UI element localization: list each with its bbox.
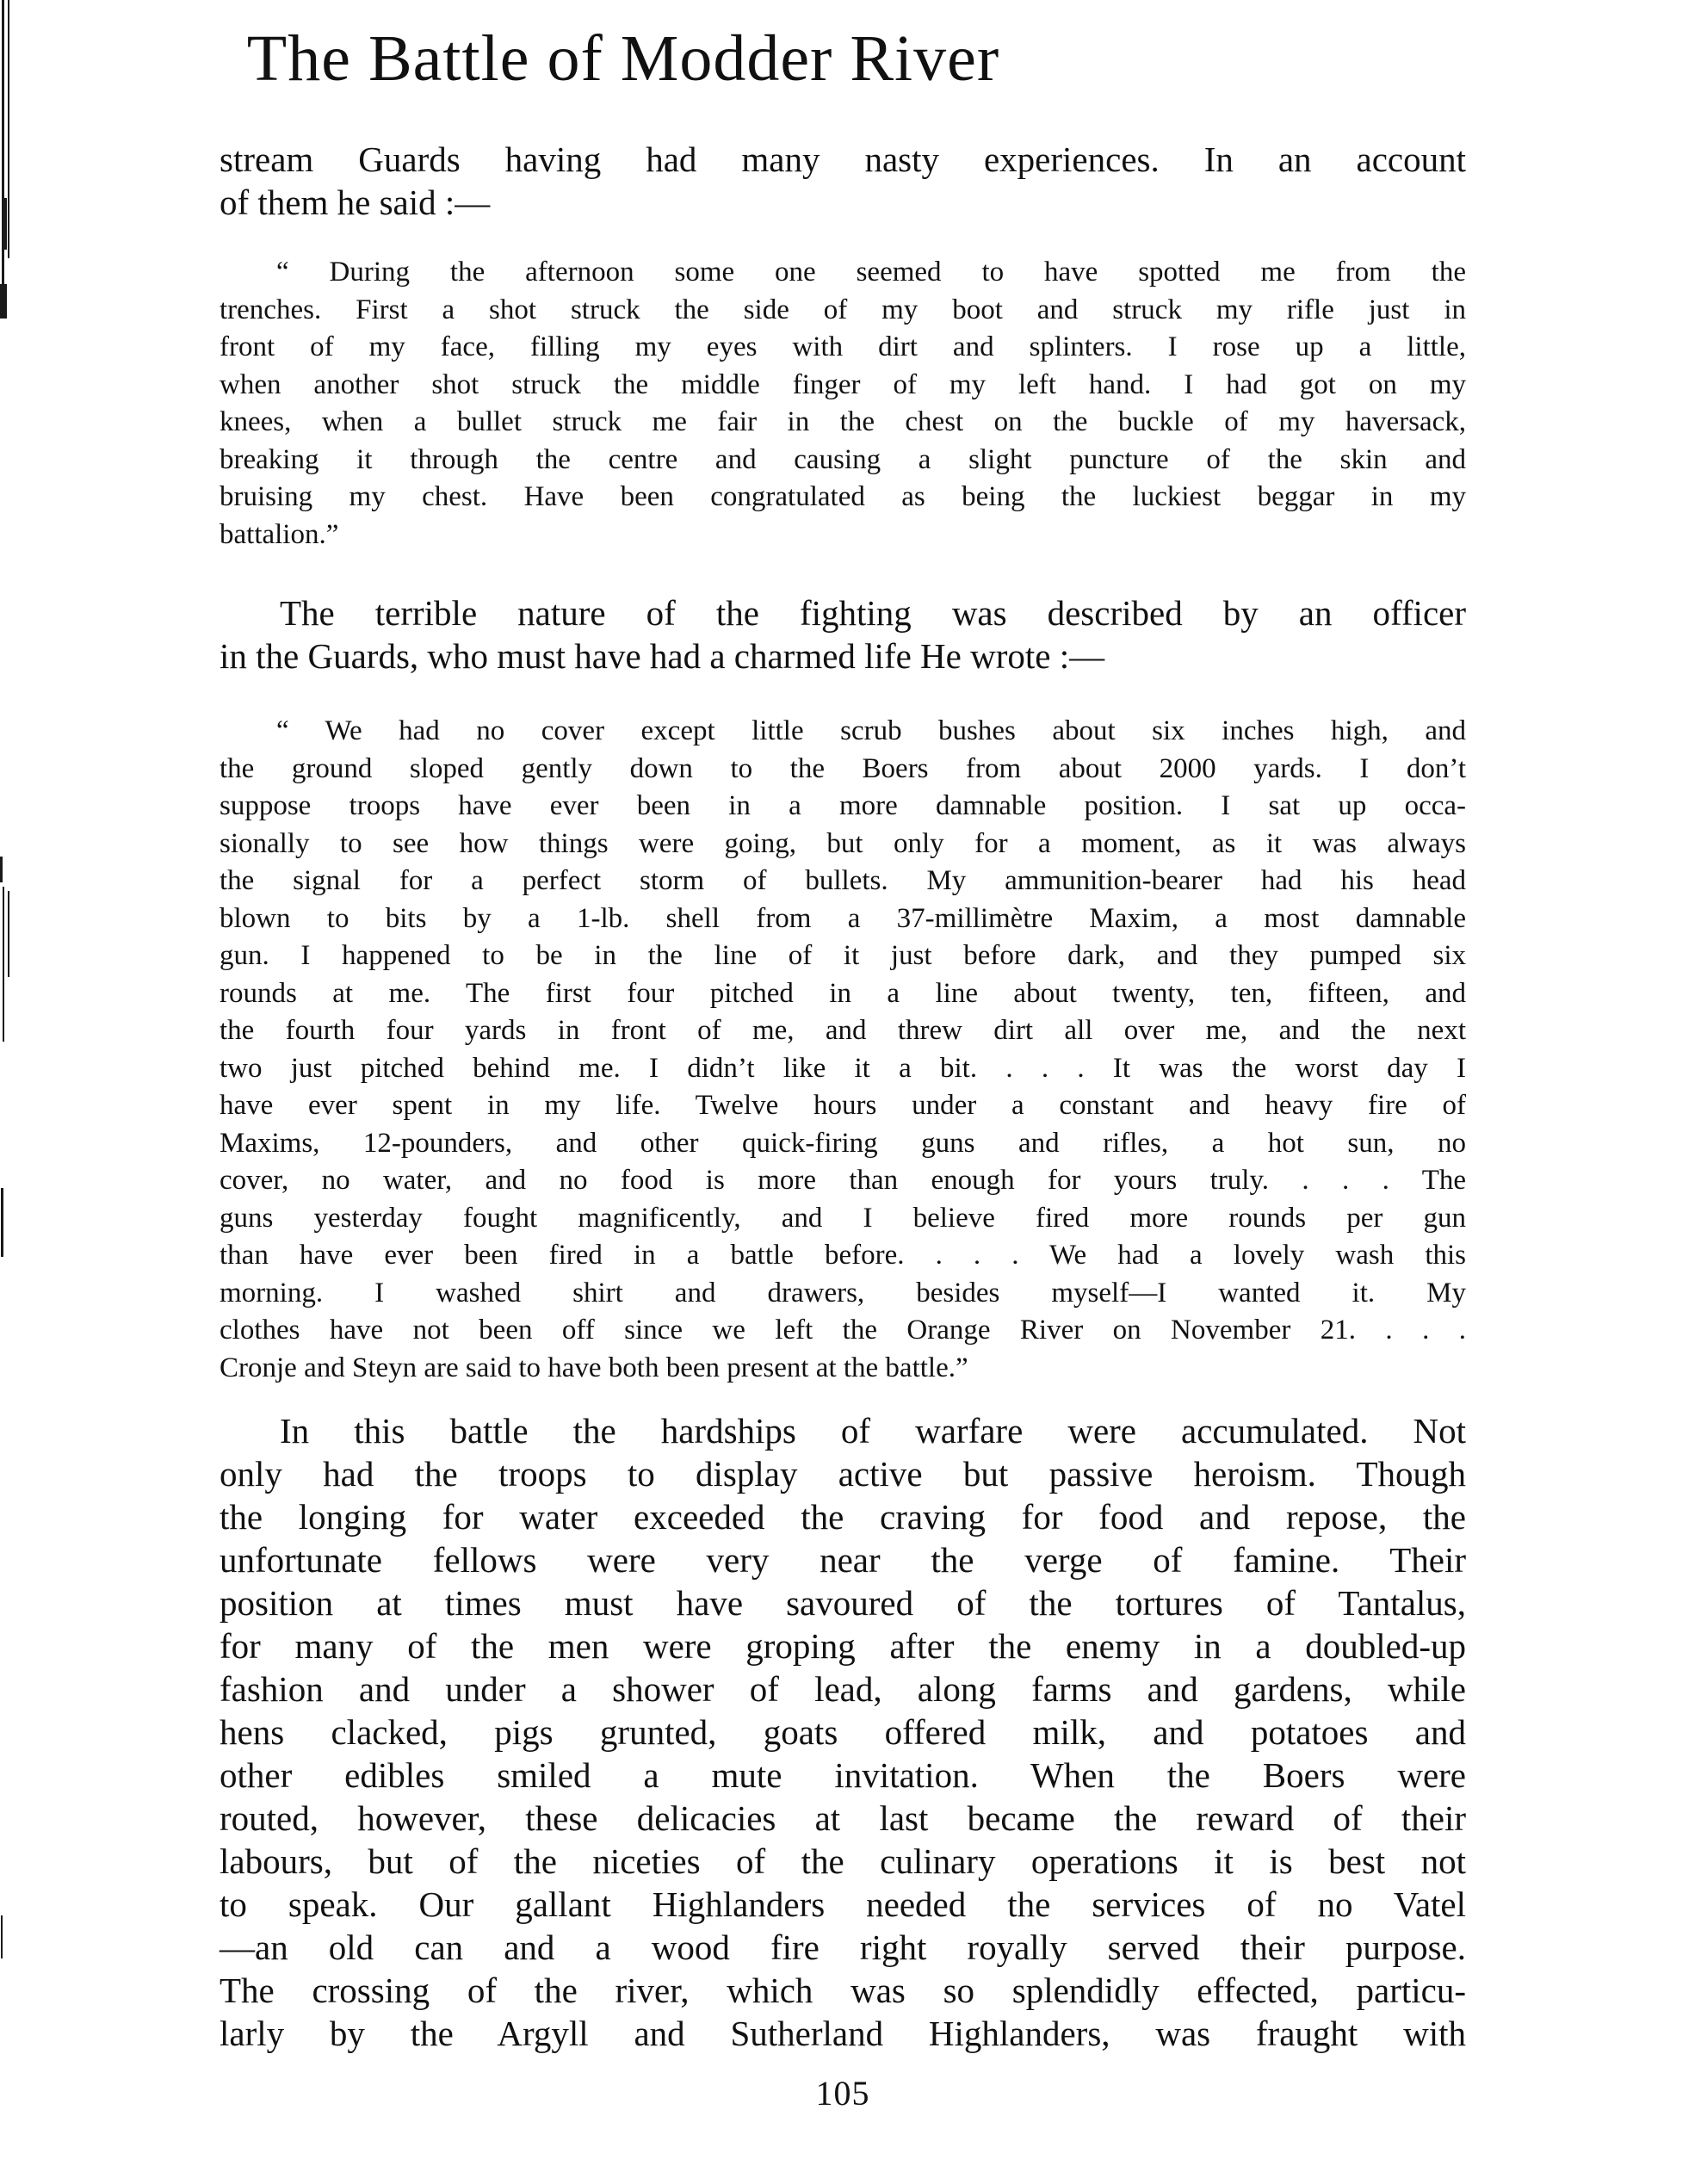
- text-line: position at times must have savoured of …: [220, 1581, 1466, 1624]
- quote-line: the fourth four yards in front of me, an…: [220, 1012, 1466, 1050]
- quote-line: two just pitched behind me. I didn’t lik…: [220, 1050, 1466, 1088]
- text-line: in the Guards, who must have had a charm…: [220, 634, 1466, 677]
- quote-line: have ever spent in my life. Twelve hours…: [220, 1087, 1466, 1125]
- quote-line: front of my face, filling my eyes with d…: [220, 329, 1466, 367]
- quote-line: battalion.”: [220, 517, 1466, 554]
- quote-line: cover, no water, and no food is more tha…: [220, 1162, 1466, 1200]
- text-line: other edibles smiled a mute invitation. …: [220, 1754, 1466, 1797]
- quote-line: “ We had no cover except little scrub bu…: [220, 713, 1466, 751]
- text-line: —an old can and a wood fire right royall…: [220, 1926, 1466, 1969]
- quote-line: Cronje and Steyn are said to have both b…: [220, 1350, 1466, 1388]
- text-line: only had the troops to display active bu…: [220, 1452, 1466, 1495]
- quote-line: clothes have not been off since we left …: [220, 1312, 1466, 1350]
- quote-line: Maxims, 12-pounders, and other quick-fir…: [220, 1125, 1466, 1163]
- text-line: for many of the men were groping after t…: [220, 1624, 1466, 1667]
- text-line: routed, however, these delicacies at las…: [220, 1797, 1466, 1840]
- text-line: stream Guards having had many nasty expe…: [220, 138, 1466, 181]
- quote-line: guns yesterday fought magnificently, and…: [220, 1200, 1466, 1238]
- quote-line: rounds at me. The first four pitched in …: [220, 975, 1466, 1013]
- running-title: The Battle of Modder River: [176, 26, 1070, 91]
- quote-line: trenches. First a shot struck the side o…: [220, 292, 1466, 330]
- scan-edge-artifacts: [0, 0, 19, 2184]
- text-line: of them he said :—: [220, 181, 1466, 224]
- intro-paragraph: stream Guards having had many nasty expe…: [220, 138, 1466, 224]
- quote-line: morning. I washed shirt and drawers, bes…: [220, 1275, 1466, 1313]
- paragraph-officer-intro: The terrible nature of the fighting was …: [220, 591, 1466, 677]
- quote-line: the ground sloped gently down to the Boe…: [220, 751, 1466, 789]
- text-line: In this battle the hardships of warfare …: [220, 1409, 1466, 1452]
- block-quote-officer: “ We had no cover except little scrub bu…: [220, 713, 1466, 1387]
- quote-line: gun. I happened to be in the line of it …: [220, 937, 1466, 975]
- quote-line: knees, when a bullet struck me fair in t…: [220, 404, 1466, 442]
- paragraph-hardships: In this battle the hardships of warfare …: [220, 1409, 1466, 2055]
- quote-line: sionally to see how things were going, b…: [220, 826, 1466, 863]
- text-line: The terrible nature of the fighting was …: [220, 591, 1466, 634]
- quote-line: bruising my chest. Have been congratulat…: [220, 479, 1466, 517]
- quote-line: breaking it through the centre and causi…: [220, 442, 1466, 479]
- page-number: 105: [220, 2073, 1466, 2113]
- quote-line: the signal for a perfect storm of bullet…: [220, 863, 1466, 900]
- text-line: larly by the Argyll and Sutherland Highl…: [220, 2012, 1466, 2055]
- text-line: fashion and under a shower of lead, alon…: [220, 1667, 1466, 1711]
- text-line: to speak. Our gallant Highlanders needed…: [220, 1883, 1466, 1926]
- quote-line: blown to bits by a 1-lb. shell from a 37…: [220, 900, 1466, 938]
- text-line: hens clacked, pigs grunted, goats offere…: [220, 1711, 1466, 1754]
- text-line: unfortunate fellows were very near the v…: [220, 1538, 1466, 1581]
- text-line: labours, but of the niceties of the culi…: [220, 1840, 1466, 1883]
- quote-line: than have ever been fired in a battle be…: [220, 1237, 1466, 1275]
- block-quote-soldier: “ During the afternoon some one seemed t…: [220, 254, 1466, 554]
- text-line: The crossing of the river, which was so …: [220, 1969, 1466, 2012]
- quote-line: suppose troops have ever been in a more …: [220, 788, 1466, 826]
- quote-line: when another shot struck the middle fing…: [220, 367, 1466, 405]
- text-line: the longing for water exceeded the cravi…: [220, 1495, 1466, 1538]
- quote-line: “ During the afternoon some one seemed t…: [220, 254, 1466, 292]
